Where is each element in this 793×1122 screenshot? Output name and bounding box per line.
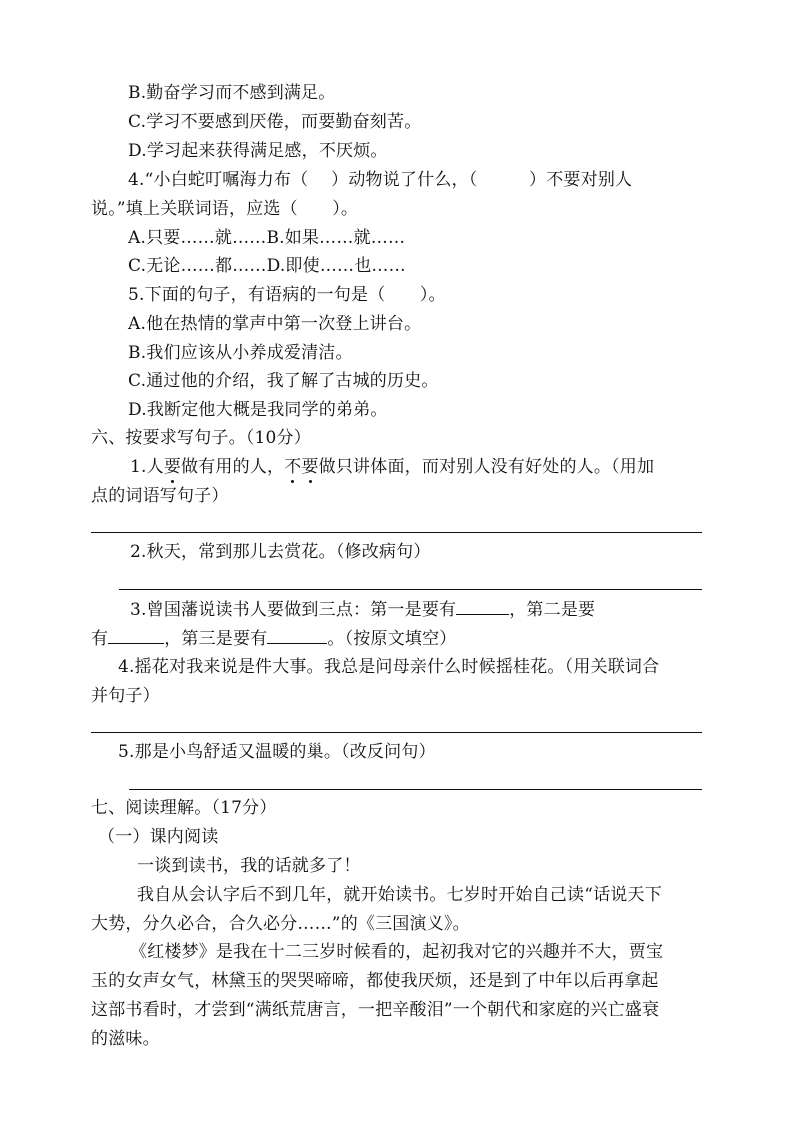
s6-item5: 5.那是小鸟舒适又温暖的巢。（改反问句） (118, 741, 436, 763)
s6-item3-line1: 3.曾国藩说读书人要做到三点：第一是要有，第二是要 (130, 598, 595, 621)
s6-item1-mid: 做有用的人， (181, 457, 284, 477)
fill-blank-1[interactable] (456, 598, 509, 615)
s6-item4-line1: 4.摇花对我来说是件大事。我总是问母亲什么时候摇桂花。（用关联词合 (118, 656, 659, 678)
answer-line-1[interactable] (91, 532, 702, 533)
s6-item3-text: 3.曾国藩说读书人要做到三点：第一是要有 (130, 600, 456, 620)
q4-options-row2: C.无论……都……D.即使……也…… (128, 255, 406, 277)
s6-item3-text: 。（按原文填空） (327, 629, 456, 649)
reading-p2-line2: 大势，分久必合，合久必分……”的《三国演义》。 (91, 913, 470, 935)
reading-p3-line1: 《红楼梦》是我在十二三岁时候看的，起初我对它的兴趣并不大，贾宝 (130, 941, 663, 963)
section7-title: 七、阅读理解。（17分） (91, 797, 277, 819)
emphasis-dot-char: 不 (284, 456, 301, 478)
q5-option-c: C.通过他的介绍，我了解了古城的历史。 (128, 370, 439, 392)
q4-stem-line2: 说。”填上关联词语，应选（ ）。 (91, 198, 358, 220)
q3-option-c: C.学习不要感到厌倦，而要勤奋刻苦。 (128, 111, 421, 133)
s6-item1-rest: 做只讲体面，而对别人没有好处的人。（用加 (319, 457, 655, 477)
q5-option-d: D.我断定他大概是我同学的弟弟。 (128, 399, 388, 421)
q3-option-b: B.勤奋学习而不感到满足。 (128, 82, 336, 104)
q4-stem-line1: 4.“小白蛇叮嘱海力布（ ）动物说了什么，（ ）不要对别人 (128, 169, 632, 191)
s6-item1-line1: 1.人要做有用的人，不要做只讲体面，而对别人没有好处的人。（用加 (130, 456, 654, 478)
q5-stem: 5.下面的句子，有语病的一句是（ ）。 (128, 284, 446, 306)
s6-item4-line2: 并句子） (91, 685, 160, 707)
fill-blank-2[interactable] (108, 627, 164, 644)
q5-option-b: B.我们应该从小养成爱清洁。 (128, 342, 353, 364)
s6-item2: 2.秋天，常到那儿去赏花。（修改病句） (130, 541, 431, 563)
emphasis-dot-char: 要 (301, 456, 318, 478)
s6-item3-text: 有 (91, 629, 108, 649)
reading-p2-line1: 我自从会认字后不到几年，就开始读书。七岁时开始自己读“话说天下 (137, 884, 662, 906)
q5-option-a: A.他在热情的掌声中第一次登上讲台。 (128, 313, 421, 335)
s6-item1-prefix: 1.人 (130, 457, 164, 477)
reading-p3-line3: 这部书看时，才尝到“满纸荒唐言，一把辛酸泪”一个朝代和家庭的兴亡盛衰 (91, 999, 659, 1021)
section7-subtitle: （一）课内阅读 (98, 826, 218, 848)
emphasis-dot-char: 要 (164, 456, 181, 478)
section6-title: 六、按要求写句子。（10分） (91, 427, 311, 449)
answer-line-4[interactable] (91, 732, 702, 733)
q3-option-d: D.学习起来获得满足感，不厌烦。 (128, 140, 388, 162)
reading-p3-line4: 的滋味。 (91, 1028, 160, 1050)
fill-blank-3[interactable] (267, 627, 327, 644)
q4-options-row1: A.只要……就……B.如果……就…… (128, 227, 405, 249)
s6-item1-line2: 点的词语写句子） (91, 485, 229, 507)
answer-line-5[interactable] (129, 789, 702, 790)
s6-item3-line2: 有，第三是要有。（按原文填空） (91, 627, 457, 650)
answer-line-2[interactable] (119, 589, 702, 590)
reading-p1: 一谈到读书，我的话就多了！ (137, 855, 361, 877)
reading-p3-line2: 玉的女声女气，林黛玉的哭哭啼啼，都使我厌烦，还是到了中年以后再拿起 (91, 970, 659, 992)
s6-item3-text: ，第二是要 (509, 600, 595, 620)
s6-item3-text: ，第三是要有 (164, 629, 267, 649)
